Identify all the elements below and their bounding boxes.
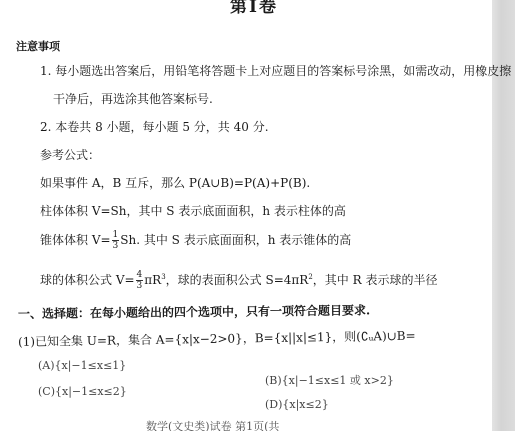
question-1: (1)已知全集 U=R，集合 A={x|x−2>0}，B={x||x|≤1}，则… <box>18 327 416 350</box>
cone-numerator: 1 <box>112 230 120 241</box>
sphere-fraction: 43 <box>136 270 144 291</box>
exam-page: 第Ⅰ卷 注意事项 1. 每小题选出答案后，用铅笔将答题卡上对应题目的答案标号涂黑… <box>0 0 515 431</box>
formula-prism: 柱体体积 V=Sh，其中 S 表示底面面积，h 表示柱体的高 <box>40 202 346 219</box>
note-1-line-2: 干净后，再选涂其他答案标号. <box>53 90 213 107</box>
cone-suffix: Sh. 其中 S 表示底面面积，h 表示锥体的高 <box>120 233 351 247</box>
notice-heading: 注意事项 <box>16 38 60 54</box>
option-c: (C){x|−1≤x≤2} <box>38 385 127 398</box>
sphere-numerator: 4 <box>136 270 144 281</box>
option-a: (A){x|−1≤x≤1} <box>38 359 126 372</box>
section-heading: 一、选择题：在每小题给出的四个选项中，只有一项符合题目要求. <box>18 301 370 322</box>
note-2: 2. 本卷共 8 小题，每小题 5 分，共 40 分. <box>40 118 269 135</box>
formula-cone: 锥体体积 V=13Sh. 其中 S 表示底面面积，h 表示锥体的高 <box>40 230 351 251</box>
sphere-mid2: ，球的表面积公式 S=4πR <box>166 273 309 287</box>
cone-fraction: 13 <box>112 230 120 251</box>
page-footer: 数学(文史类)试卷 第1页(共 <box>146 418 279 431</box>
section-title: 第Ⅰ卷 <box>230 0 278 17</box>
option-b: (B){x|−1≤x≤1 或 x>2} <box>265 372 394 388</box>
reference-label: 参考公式： <box>40 146 100 163</box>
sphere-mid: πR <box>144 273 161 287</box>
cone-denominator: 3 <box>112 241 120 251</box>
note-1-line-1: 1. 每小题选出答案后，用铅笔将答题卡上对应题目的答案标号涂黑，如需改动，用橡皮… <box>40 62 511 79</box>
sphere-suffix: ，其中 R 表示球的半径 <box>313 273 438 287</box>
sphere-prefix: 球的体积公式 V= <box>40 273 135 287</box>
formula-sphere: 球的体积公式 V=43πR3，球的表面积公式 S=4πR2，其中 R 表示球的半… <box>40 270 437 291</box>
cone-prefix: 锥体体积 V= <box>40 233 111 247</box>
option-d: (D){x|x≤2} <box>265 398 329 411</box>
formula-probability: 如果事件 A，B 互斥，那么 P(A∪B)=P(A)+P(B). <box>40 174 310 191</box>
sphere-denominator: 3 <box>136 281 144 291</box>
